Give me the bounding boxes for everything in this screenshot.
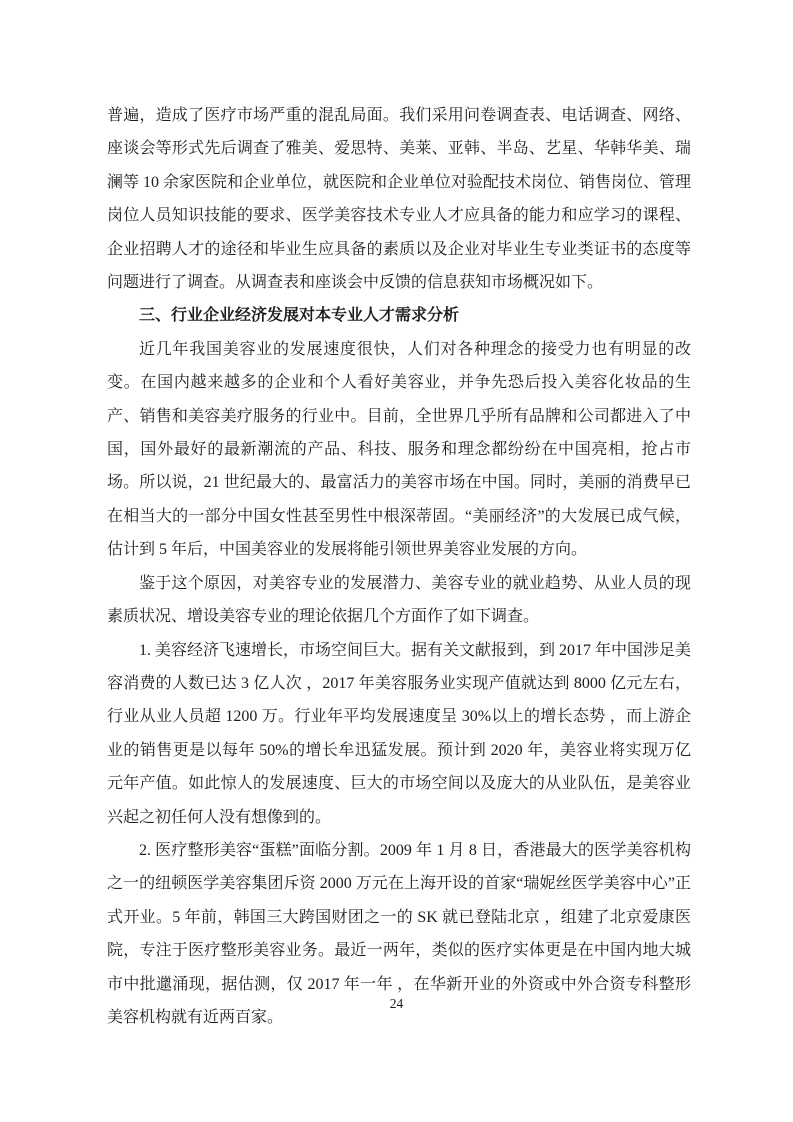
section-heading-industry-demand-analysis: 三、行业企业经济发展对本专业人才需求分析: [107, 299, 691, 332]
page-number: 24: [0, 996, 793, 1012]
document-body: 普遍，造成了医疗市场严重的混乱局面。我们采用问卷调查表、电话调查、网络、座谈会等…: [107, 99, 691, 1034]
paragraph-beauty-industry-growth: 近几年我国美容业的发展速度很快，人们对各种理念的接受力也有明显的改变。在国内越来…: [107, 333, 691, 567]
document-page: 普遍，造成了医疗市场严重的混乱局面。我们采用问卷调查表、电话调查、网络、座谈会等…: [0, 0, 793, 1122]
paragraph-survey-overview: 普遍，造成了医疗市场严重的混乱局面。我们采用问卷调查表、电话调查、网络、座谈会等…: [107, 99, 691, 299]
paragraph-item-1-economy-growth: 1. 美容经济飞速增长，市场空间巨大。据有关文献报到，到 2017 年中国涉足美…: [107, 634, 691, 834]
paragraph-survey-reason: 鉴于这个原因，对美容专业的发展潜力、美容专业的就业趋势、从业人员的现素质状况、增…: [107, 567, 691, 634]
